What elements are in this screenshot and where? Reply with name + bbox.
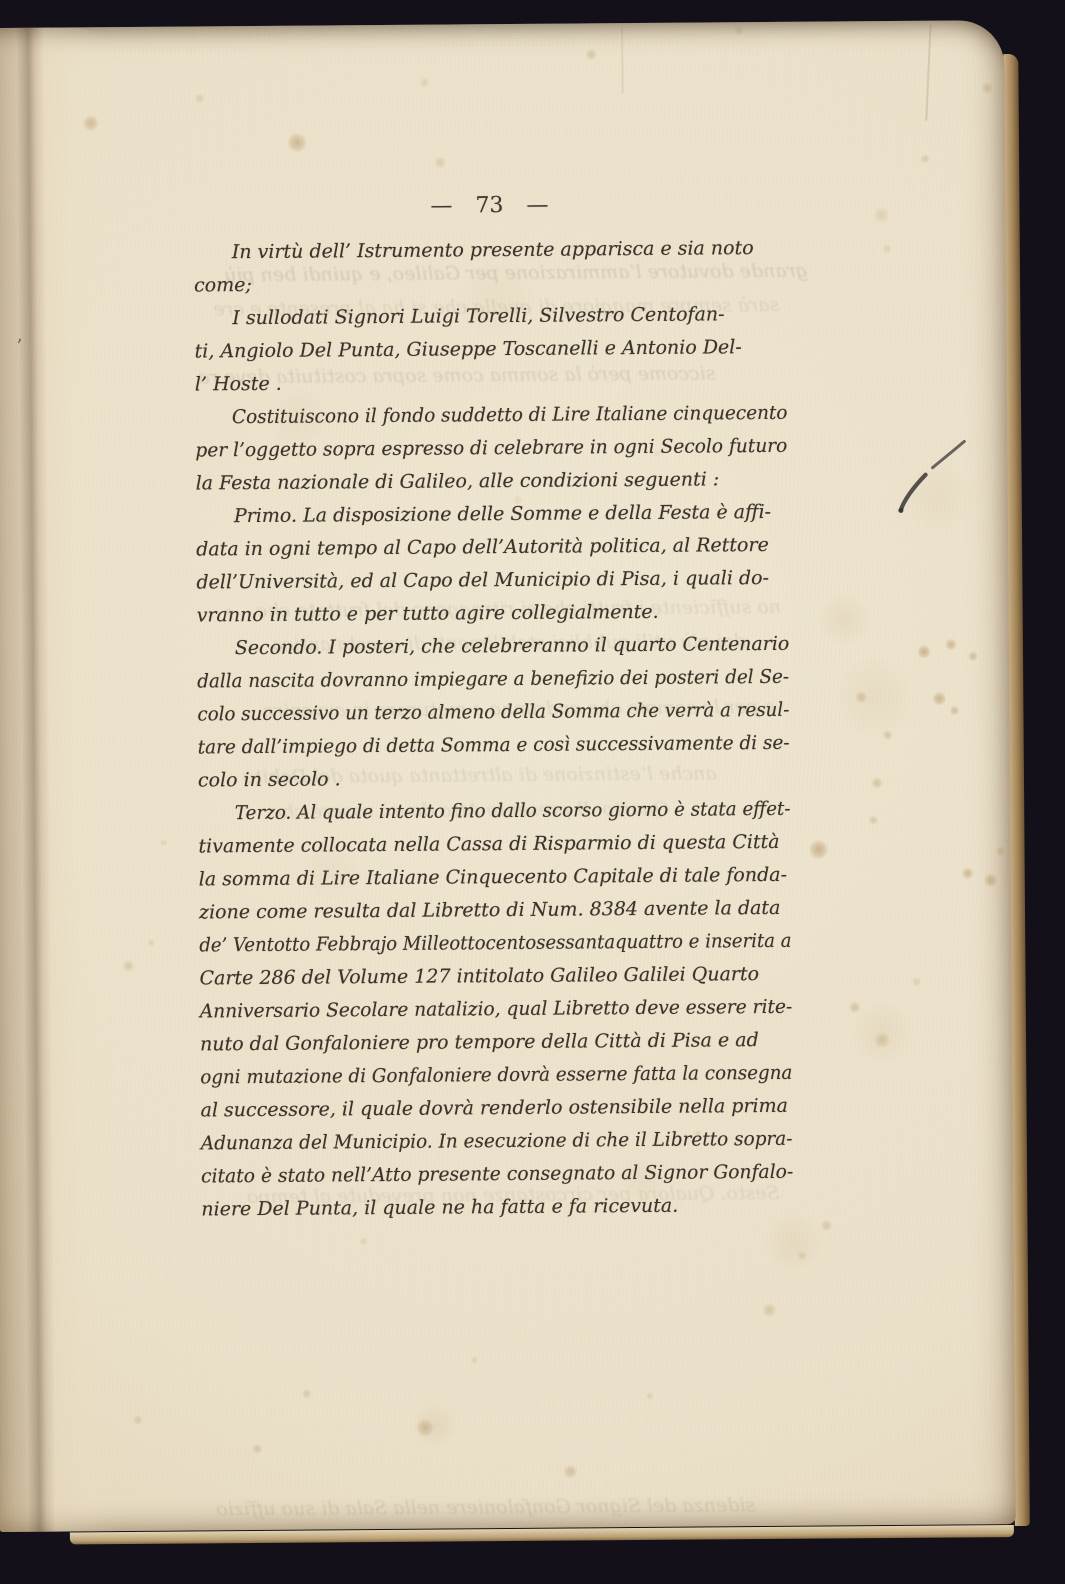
stray-mark: ’	[16, 336, 22, 357]
text-line: Anniversario Secolare natalizio, qual Li…	[200, 991, 780, 1029]
text-line: Secondo. I posteri, che celebreranno il …	[197, 628, 787, 666]
text-line: Carte 286 del Volume 127 intitolato Gali…	[199, 958, 791, 996]
text-line: Terzo. Al quale intento fino dallo scors…	[198, 793, 768, 830]
text-line: ti, Angiolo Del Punta, Giuseppe Toscanel…	[194, 331, 786, 369]
text-line: ogni mutazione di Gonfaloniere dovrà ess…	[200, 1057, 769, 1094]
text-line: la somma di Lire Italiane Cinquecento Ca…	[199, 859, 791, 897]
text-line: dalla nascita dovranno impiegare a benef…	[197, 661, 768, 698]
text-line: per l’oggetto sopra espresso di celebrar…	[195, 430, 775, 468]
text-line: Adunanza del Municipio. In esecuzione di…	[201, 1123, 776, 1161]
text-line: la Festa nazionale di Galileo, alle cond…	[196, 463, 788, 501]
text-line: I sullodati Signori Luigi Torelli, Silve…	[194, 298, 786, 336]
text-line: vranno in tutto e per tutto agire colleg…	[197, 595, 789, 633]
text-line: colo successivo un terzo almeno della So…	[197, 694, 765, 731]
text-line: tivamente collocata nella Cassa di Rispa…	[198, 826, 790, 864]
text-block: In virtù dell’ Istrumento presente appar…	[194, 232, 794, 1227]
text-line: colo in secolo .	[198, 760, 790, 798]
text-line: Costituiscono il fondo suddetto di Lire …	[195, 397, 770, 435]
text-line: niere Del Punta, il quale ne ha fatta e …	[201, 1189, 793, 1227]
text-line: In virtù dell’ Istrumento presente appar…	[194, 232, 786, 270]
pen-mark	[890, 432, 977, 517]
gutter-shadow	[0, 27, 130, 1532]
text-line: de’ Ventotto Febbrajo Milleottocentosess…	[199, 925, 762, 962]
text-line: nuto dal Gonfaloniere pro tempore della …	[200, 1024, 792, 1062]
photo-background: grande dovutore l’ammirazione per Galile…	[0, 0, 1065, 1584]
text-line: l’ Hoste .	[195, 364, 787, 402]
text-line: dell’Università, ed al Capo del Municipi…	[196, 562, 788, 600]
text-line: citato è stato nell’Atto presente conseg…	[201, 1156, 784, 1194]
text-line: Primo. La disposizione delle Somme e del…	[196, 496, 788, 534]
text-line: come;	[194, 265, 786, 303]
text-line: zione come resulta dal Libretto di Num. …	[199, 892, 791, 930]
text-line: tare dall’impiego di detta Somma e così …	[198, 727, 773, 765]
book-stack: grande dovutore l’ammirazione per Galile…	[0, 20, 1030, 1544]
page-number: — 73 —	[193, 188, 785, 225]
text-line: data in ogni tempo al Capo dell’Autorità…	[196, 529, 788, 567]
text-line: al successore, il quale dovrà renderlo o…	[200, 1090, 792, 1128]
